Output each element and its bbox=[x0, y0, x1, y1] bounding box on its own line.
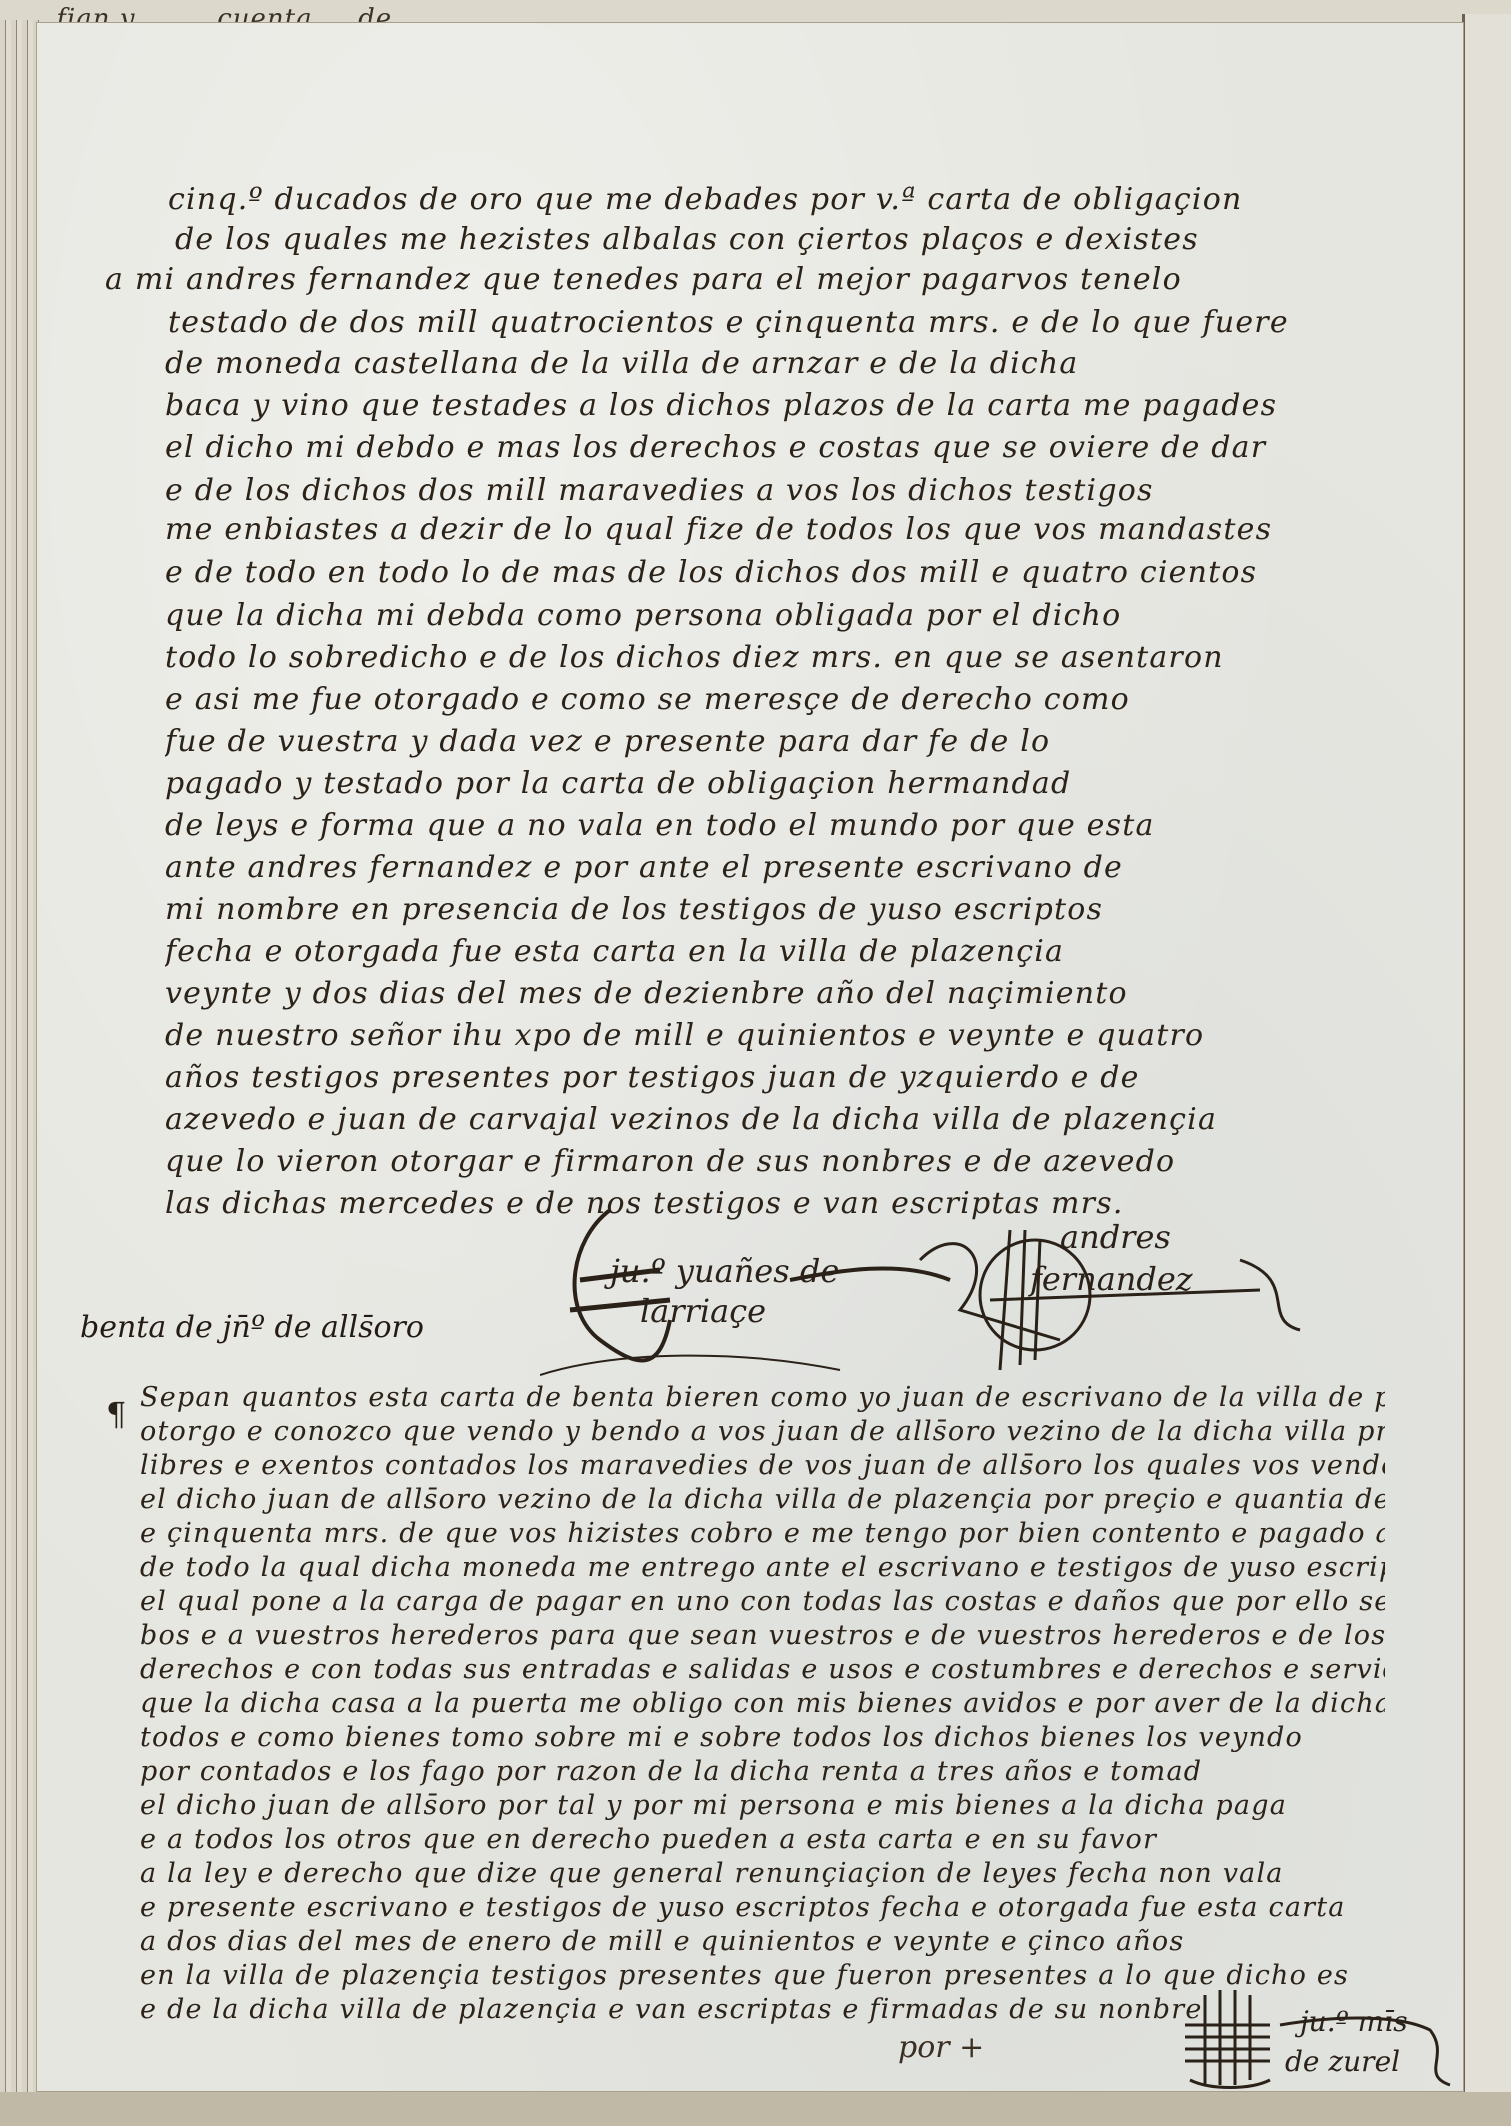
lower-line: bos e a vuestros herederos para que sean… bbox=[140, 1620, 1385, 1651]
lower-line: Sepan quantos esta carta de benta bieren… bbox=[140, 1382, 1385, 1413]
stacked-page-edges bbox=[0, 20, 40, 2126]
page-bottom-edge bbox=[0, 2092, 1511, 2126]
upper-line: fue de vuestra y dada vez e presente par… bbox=[165, 724, 1350, 759]
lower-line: el dicho juan de alls̄oro vezino de la d… bbox=[140, 1484, 1385, 1515]
upper-line: ante andres fernandez e por ante el pres… bbox=[165, 850, 1395, 885]
lower-line: el dicho juan de alls̄oro por tal y por … bbox=[140, 1790, 1385, 1821]
upper-line: de nuestro señor ihu xpo de mill e quini… bbox=[165, 1018, 1365, 1053]
upper-line: que la dicha mi debda como persona oblig… bbox=[165, 598, 1350, 633]
upper-line: de moneda castellana de la villa de arnz… bbox=[165, 346, 1345, 381]
upper-line: e asi me fue otorgado e como se meresçe … bbox=[165, 682, 1350, 717]
lower-line: libres e exentos contados los maravedies… bbox=[140, 1450, 1385, 1481]
upper-line: mi nombre en presencia de los testigos d… bbox=[165, 892, 1365, 927]
lower-line: por contados e los fago por razon de la … bbox=[140, 1756, 1385, 1787]
lower-line: otorgo e conozco que vendo y bendo a vos… bbox=[140, 1416, 1385, 1447]
upper-line: azevedo e juan de carvajal vezinos de la… bbox=[165, 1102, 1365, 1137]
bottom-note: por + bbox=[898, 2030, 984, 2065]
lower-line: el qual pone a la carga de pagar en uno … bbox=[140, 1586, 1385, 1617]
marginal-heading: benta de jn̄º de alls̄oro bbox=[80, 1310, 424, 1345]
paragraph-mark: ¶ bbox=[106, 1395, 126, 1433]
notary-sign bbox=[1180, 1985, 1460, 2095]
upper-line: todo lo sobredicho e de los dichos diez … bbox=[165, 640, 1350, 675]
upper-line: a mi andres fernandez que tenedes para e… bbox=[105, 262, 1360, 297]
upper-line: me enbiastes a dezir de lo qual fize de … bbox=[165, 512, 1350, 547]
signature-flourishes bbox=[540, 1200, 1440, 1380]
upper-line: de los quales me hezistes albalas con çi… bbox=[175, 222, 1355, 257]
upper-line: de leys e forma que a no vala en todo el… bbox=[165, 808, 1350, 843]
signature-notary-line2: de zurel bbox=[1285, 2045, 1400, 2078]
upper-line: cinq.º ducados de oro que me debades por… bbox=[168, 182, 1358, 217]
lower-line: derechos e con todas sus entradas e sali… bbox=[140, 1654, 1385, 1685]
signature-notary: ju.º mīs bbox=[1300, 2005, 1408, 2038]
lower-line: e çinquenta mrs. de que vos hizistes cob… bbox=[140, 1518, 1385, 1549]
upper-line: el dicho mi debdo e mas los derechos e c… bbox=[165, 430, 1350, 465]
lower-line: todos e como bienes tomo sobre mi e sobr… bbox=[140, 1722, 1385, 1753]
lower-line: e presente escrivano e testigos de yuso … bbox=[140, 1892, 1385, 1923]
upper-line: baca y vino que testades a los dichos pl… bbox=[165, 388, 1350, 423]
lower-line: que la dicha casa a la puerta me obligo … bbox=[140, 1688, 1385, 1719]
upper-line: que lo vieron otorgar e firmaron de sus … bbox=[165, 1144, 1365, 1179]
lower-line: a la ley e derecho que dize que general … bbox=[140, 1858, 1385, 1889]
upper-line: e de los dichos dos mill maravedies a vo… bbox=[165, 473, 1350, 508]
lower-line: a dos dias del mes de enero de mill e qu… bbox=[140, 1926, 1385, 1957]
upper-line: pagado y testado por la carta de obligaç… bbox=[165, 766, 1350, 801]
upper-line: años testigos presentes por testigos jua… bbox=[165, 1060, 1365, 1095]
upper-line: veynte y dos dias del mes de dezienbre a… bbox=[165, 976, 1365, 1011]
upper-line: testado de dos mill quatrocientos e çinq… bbox=[168, 305, 1343, 340]
adjacent-leaf-edge bbox=[1462, 14, 1511, 2126]
upper-line: fecha e otorgada fue esta carta en la vi… bbox=[165, 934, 1365, 969]
lower-line: de todo la qual dicha moneda me entrego … bbox=[140, 1552, 1385, 1583]
upper-line: e de todo en todo lo de mas de los dicho… bbox=[165, 555, 1350, 590]
lower-line: e a todos los otros que en derecho puede… bbox=[140, 1824, 1385, 1855]
